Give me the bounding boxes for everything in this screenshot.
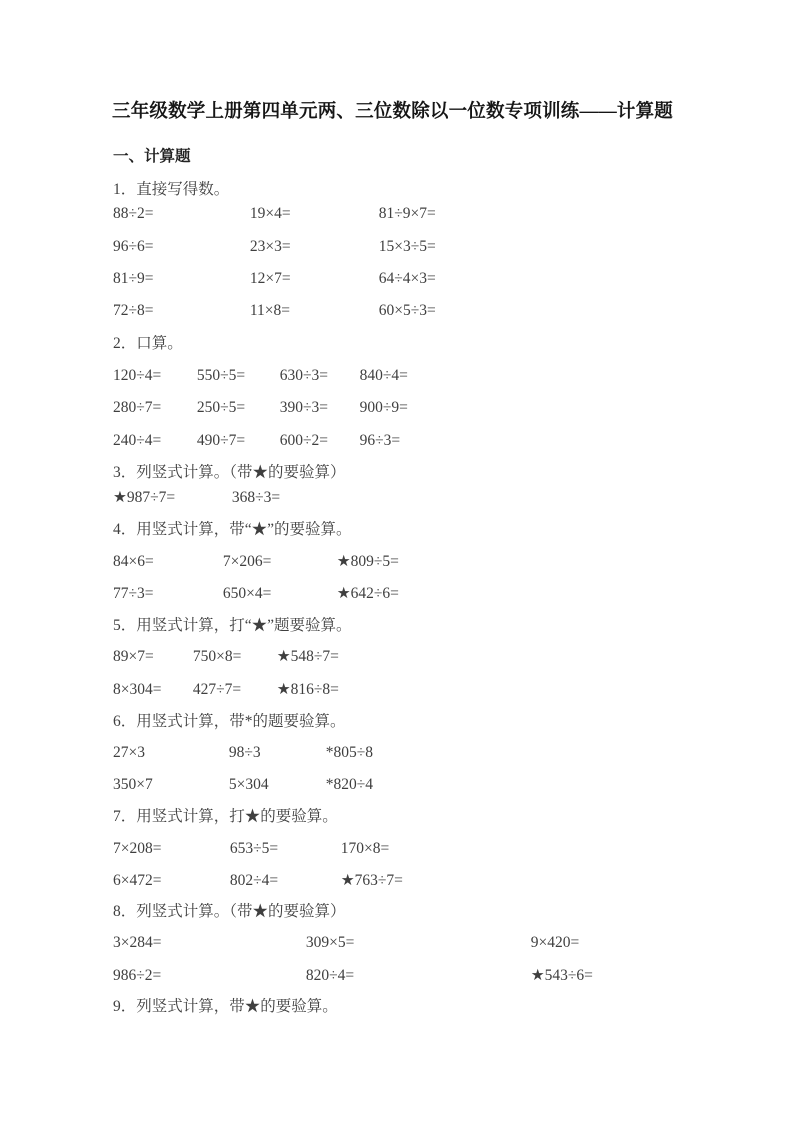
- problem-row: 96÷6= 23×3= 15×3÷5=: [113, 236, 436, 258]
- problem-row: 72÷8= 11×8= 60×5÷3=: [113, 300, 436, 322]
- section-heading: 一、计算题: [113, 146, 191, 168]
- problem-expression: 550÷5=: [197, 365, 276, 387]
- problem-expression: ★642÷6=: [337, 583, 399, 605]
- problem-expression: 490÷7=: [197, 430, 276, 452]
- problem-expression: 250÷5=: [197, 397, 276, 419]
- problem-expression: 72÷8=: [113, 300, 246, 322]
- problem-row: ★987÷7= 368÷3=: [113, 487, 280, 509]
- problem-expression: 309×5=: [306, 932, 527, 954]
- problem-expression: 390÷3=: [280, 397, 356, 419]
- problem-expression: 15×3÷5=: [379, 236, 436, 258]
- problem-expression: 802÷4=: [230, 870, 337, 892]
- problem-expression: 88÷2=: [113, 203, 246, 225]
- problem-expression: 820÷4=: [306, 965, 527, 987]
- problem-3-label: 3．列竖式计算。（带★的要验算）: [113, 462, 346, 484]
- problem-expression: 900÷9=: [360, 397, 408, 419]
- problem-row: 88÷2= 19×4= 81÷9×7=: [113, 203, 436, 225]
- problem-expression: ★543÷6=: [531, 965, 593, 987]
- problem-row: 8×304= 427÷7= ★816÷8=: [113, 679, 339, 701]
- problem-expression: ★548÷7=: [277, 646, 339, 668]
- problem-expression: 9×420=: [531, 932, 579, 954]
- problem-expression: 89×7=: [113, 646, 189, 668]
- problem-1-label: 1．直接写得数。: [113, 179, 229, 201]
- problem-expression: 60×5÷3=: [379, 300, 436, 322]
- problem-expression: 8×304=: [113, 679, 189, 701]
- worksheet-title: 三年级数学上册第四单元两、三位数除以一位数专项训练——计算题: [112, 99, 673, 125]
- problem-expression: 120÷4=: [113, 365, 193, 387]
- problem-expression: 368÷3=: [232, 487, 280, 509]
- worksheet-page: 三年级数学上册第四单元两、三位数除以一位数专项训练——计算题 一、计算题 1．直…: [0, 0, 793, 1122]
- problem-9-label: 9．列竖式计算，带★的要验算。: [113, 996, 338, 1018]
- problem-expression: *805÷8: [326, 742, 373, 764]
- problem-row: 240÷4= 490÷7= 600÷2= 96÷3=: [113, 430, 400, 452]
- problem-expression: 427÷7=: [193, 679, 273, 701]
- problem-expression: 3×284=: [113, 932, 302, 954]
- problem-expression: 81÷9×7=: [379, 203, 436, 225]
- problem-expression: 98÷3: [229, 742, 322, 764]
- problem-expression: ★763÷7=: [341, 870, 403, 892]
- problem-row: 27×3 98÷3 *805÷8: [113, 742, 373, 764]
- problem-row: 81÷9= 12×7= 64÷4×3=: [113, 268, 436, 290]
- problem-expression: 19×4=: [250, 203, 375, 225]
- problem-7-label: 7．用竖式计算，打★的要验算。: [113, 806, 338, 828]
- problem-row: 986÷2= 820÷4= ★543÷6=: [113, 965, 593, 987]
- problem-expression: 240÷4=: [113, 430, 193, 452]
- problem-expression: 27×3: [113, 742, 225, 764]
- problem-row: 280÷7= 250÷5= 390÷3= 900÷9=: [113, 397, 408, 419]
- problem-5-label: 5．用竖式计算，打“★”题要验算。: [113, 615, 352, 637]
- problem-expression: 7×206=: [223, 551, 333, 573]
- problem-8-label: 8．列竖式计算。（带★的要验算）: [113, 901, 346, 923]
- problem-row: 6×472= 802÷4= ★763÷7=: [113, 870, 403, 892]
- problem-expression: 81÷9=: [113, 268, 246, 290]
- problem-expression: 170×8=: [341, 838, 389, 860]
- problem-expression: 280÷7=: [113, 397, 193, 419]
- problem-4-label: 4．用竖式计算，带“★”的要验算。: [113, 519, 352, 541]
- problem-expression: 23×3=: [250, 236, 375, 258]
- problem-expression: ★809÷5=: [337, 551, 399, 573]
- problem-row: 7×208= 653÷5= 170×8=: [113, 838, 389, 860]
- problem-expression: 11×8=: [250, 300, 375, 322]
- problem-row: 84×6= 7×206= ★809÷5=: [113, 551, 399, 573]
- problem-expression: 650×4=: [223, 583, 333, 605]
- problem-expression: 6×472=: [113, 870, 226, 892]
- problem-expression: 653÷5=: [230, 838, 337, 860]
- problem-expression: ★816÷8=: [277, 679, 339, 701]
- problem-expression: 96÷3=: [360, 430, 401, 452]
- problem-expression: 630÷3=: [280, 365, 356, 387]
- problem-expression: 986÷2=: [113, 965, 302, 987]
- problem-6-label: 6．用竖式计算，带*的题要验算。: [113, 711, 346, 733]
- problem-expression: 600÷2=: [280, 430, 356, 452]
- problem-row: 350×7 5×304 *820÷4: [113, 774, 373, 796]
- problem-row: 77÷3= 650×4= ★642÷6=: [113, 583, 399, 605]
- problem-expression: 350×7: [113, 774, 225, 796]
- problem-expression: 750×8=: [193, 646, 273, 668]
- problem-row: 89×7= 750×8= ★548÷7=: [113, 646, 339, 668]
- problem-expression: *820÷4: [326, 774, 373, 796]
- problem-expression: 5×304: [229, 774, 322, 796]
- problem-expression: 12×7=: [250, 268, 375, 290]
- problem-expression: 840÷4=: [360, 365, 408, 387]
- problem-expression: 77÷3=: [113, 583, 219, 605]
- problem-2-label: 2．口算。: [113, 333, 183, 355]
- problem-row: 120÷4= 550÷5= 630÷3= 840÷4=: [113, 365, 408, 387]
- problem-expression: 96÷6=: [113, 236, 246, 258]
- problem-expression: 7×208=: [113, 838, 226, 860]
- problem-expression: 64÷4×3=: [379, 268, 436, 290]
- problem-expression: 84×6=: [113, 551, 219, 573]
- problem-expression: ★987÷7=: [113, 487, 228, 509]
- problem-row: 3×284= 309×5= 9×420=: [113, 932, 579, 954]
